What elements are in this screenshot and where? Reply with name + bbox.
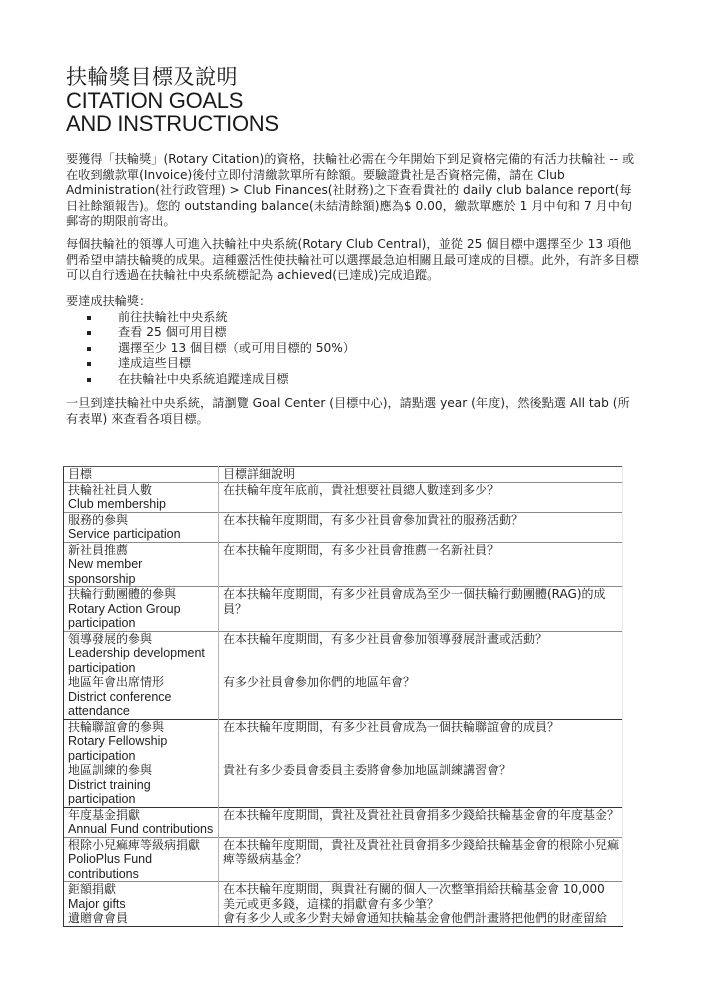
table-row: 地區年會出席情形District conference attendance 有… <box>64 675 623 719</box>
table-row: 地區訓練的參與District training participation 貴… <box>64 763 623 807</box>
bullet-icon <box>87 331 91 335</box>
table-row: 遺贈會會員 會有多少人或多少對夫婦會通知扶輪基金會他們計畫將把他們的財產留給 <box>64 911 623 926</box>
header-goal: 目標 <box>64 467 219 483</box>
title-english-line1: CITATION GOALS <box>66 89 279 112</box>
header-description: 目標詳細說明 <box>219 467 623 483</box>
goal-center-paragraph: 一旦到達扶輪社中央系統，請瀏覽 Goal Center (目標中心)，請點選 y… <box>66 396 641 427</box>
list-item: 選擇至少 13 個目標（或可用目標的 50%） <box>66 341 641 357</box>
list-item: 達成這些目標 <box>66 356 641 372</box>
table-row: 扶輪行動團體的參與Rotary Action Group participati… <box>64 587 623 632</box>
table-row: 根除小兒痲痺等級病捐獻PolioPlus Fund contributions … <box>64 837 623 882</box>
club-central-paragraph: 每個扶輪社的領導人可進入扶輪社中央系統(Rotary Club Central)… <box>66 237 641 284</box>
table-row: 領導發展的參與Leadership development participat… <box>64 631 623 675</box>
table-row: 服務的參與Service participation 在本扶輪年度期間，有多少社… <box>64 512 623 542</box>
bullet-icon <box>87 362 91 366</box>
steps-heading: 要達成扶輪獎： <box>66 294 641 310</box>
table-row: 扶輪聯誼會的參與Rotary Fellowship participation … <box>64 719 623 763</box>
page-title: 扶輪獎目標及說明 CITATION GOALS AND INSTRUCTIONS <box>66 66 279 135</box>
bullet-icon <box>87 347 91 351</box>
table-row: 扶輪社社員人數Club membership 在扶輪年度年底前，貴社想要社員總人… <box>64 482 623 512</box>
title-chinese: 扶輪獎目標及說明 <box>66 66 279 89</box>
list-item: 查看 25 個可用目標 <box>66 325 641 341</box>
table-header-row: 目標 目標詳細說明 <box>64 467 623 483</box>
table-row: 新社員推薦New member sponsorship 在本扶輪年度期間，有多少… <box>64 542 623 587</box>
bullet-icon <box>87 316 91 320</box>
bullet-icon <box>87 378 91 382</box>
table-row: 鉅額捐獻Major gifts 在本扶輪年度期間，與貴社有關的個人一次整筆捐給扶… <box>64 882 623 912</box>
eligibility-paragraph: 要獲得「扶輪獎」(Rotary Citation)的資格，扶輪社必需在今年開始下… <box>66 152 641 230</box>
table-row: 年度基金捐獻Annual Fund contributions 在本扶輪年度期間… <box>64 807 623 837</box>
steps-list: 前往扶輪社中央系統 查看 25 個可用目標 選擇至少 13 個目標（或可用目標的… <box>66 310 641 388</box>
title-english-line2: AND INSTRUCTIONS <box>66 112 279 135</box>
list-item: 在扶輪社中央系統追蹤達成目標 <box>66 372 641 388</box>
goals-table: 目標 目標詳細說明 扶輪社社員人數Club membership 在扶輪年度年底… <box>63 466 623 927</box>
list-item: 前往扶輪社中央系統 <box>66 310 641 326</box>
steps-section: 要達成扶輪獎： 前往扶輪社中央系統 查看 25 個可用目標 選擇至少 13 個目… <box>66 294 641 387</box>
